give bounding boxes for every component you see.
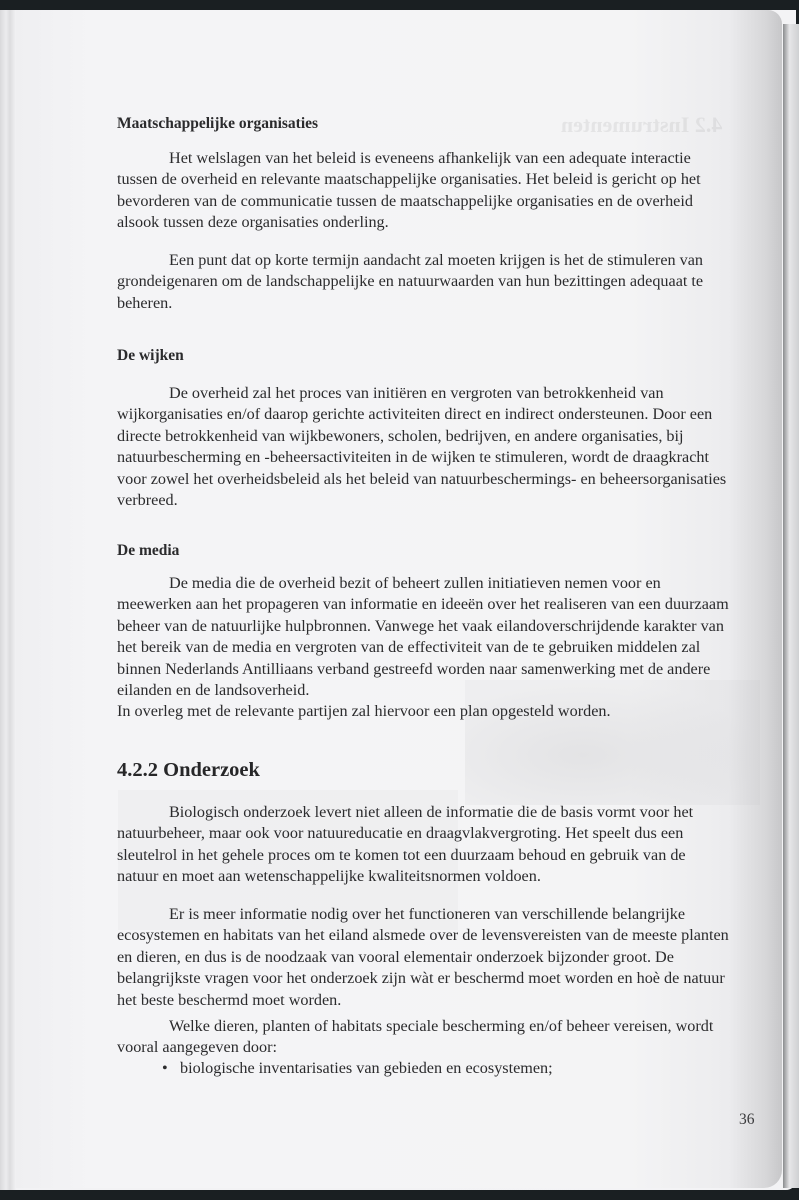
- bullet-list-item: •biologische inventarisaties van gebiede…: [162, 1058, 553, 1079]
- paragraph: Welke dieren, planten of habitats specia…: [117, 1016, 757, 1059]
- text-line: directe betrokkenheid van wijkbewoners, …: [117, 426, 757, 447]
- text-line: ecosystemen en habitats van het eiland a…: [117, 925, 757, 946]
- text-line: Het welslagen van het beleid is eveneens…: [117, 148, 757, 169]
- bullet-text: biologische inventarisaties van gebieden…: [180, 1059, 553, 1077]
- text-line: voor zowel het overheidsbeleid als het b…: [117, 469, 757, 490]
- text-line: Welke dieren, planten of habitats specia…: [117, 1016, 757, 1037]
- text-line: De media die de overheid bezit of beheer…: [117, 573, 757, 594]
- text-line: natuur en moet aan wetenschappelijke kwa…: [117, 866, 757, 887]
- paragraph: Biologisch onderzoek levert niet alleen …: [117, 802, 757, 888]
- heading-de-media: De media: [117, 540, 179, 561]
- text-line: sleutelrol in het gehele proces om te ko…: [117, 845, 757, 866]
- text-line: belangrijkste vragen voor het onderzoek …: [117, 968, 757, 989]
- paragraph: De media die de overheid bezit of beheer…: [117, 573, 757, 723]
- bullet-icon: •: [162, 1058, 180, 1079]
- text-line: bevorderen van de communicatie tussen de…: [117, 191, 757, 212]
- paragraph: Het welslagen van het beleid is eveneens…: [117, 148, 757, 234]
- paragraph: Er is meer informatie nodig over het fun…: [117, 904, 757, 1011]
- text-line: grondeigenaren om de landschappelijke en…: [117, 271, 757, 292]
- text-line: meewerken aan het propageren van informa…: [117, 594, 757, 615]
- text-line: eilanden en de landsoverheid.: [117, 680, 757, 701]
- text-line: het bereik van de media en vergroten van…: [117, 637, 757, 658]
- text-line: Biologisch onderzoek levert niet alleen …: [117, 802, 757, 823]
- text-line: wijkorganisaties en/of daarop gerichte a…: [117, 404, 757, 425]
- text-line: natuurbescherming en -beheersactiviteite…: [117, 447, 757, 468]
- paragraph: De overheid zal het proces van initiëren…: [117, 383, 757, 511]
- bleed-through-heading: 4.2 Instrumenten: [561, 112, 722, 138]
- text-line: en dieren, en dus is de noodzaak van voo…: [117, 947, 757, 968]
- text-line: tussen de overheid en relevante maatscha…: [117, 169, 757, 190]
- text-line: het beste beschermd moet worden.: [117, 990, 757, 1011]
- text-line: natuurbeheer, maar ook voor natuureducat…: [117, 823, 757, 844]
- text-line: alsook tussen deze organisaties onderlin…: [117, 212, 757, 233]
- page-number: 36: [739, 1111, 755, 1129]
- text-line: binnen Nederlands Antilliaans verband ge…: [117, 659, 757, 680]
- paragraph: Een punt dat op korte termijn aandacht z…: [117, 250, 757, 314]
- text-line: Een punt dat op korte termijn aandacht z…: [117, 250, 757, 271]
- text-line: vooral aangegeven door:: [117, 1037, 757, 1058]
- section-heading-onderzoek: 4.2.2 Onderzoek: [117, 760, 260, 781]
- text-line: beheren.: [117, 293, 757, 314]
- text-line: beheer van de natuurlijke hulpbronnen. V…: [117, 616, 757, 637]
- text-line: Er is meer informatie nodig over het fun…: [117, 904, 757, 925]
- text-line: De overheid zal het proces van initiëren…: [117, 383, 757, 404]
- text-line: verbreed.: [117, 490, 757, 511]
- heading-de-wijken: De wijken: [117, 345, 184, 366]
- page-right-edge: [783, 24, 799, 1188]
- heading-maatschappelijke-organisaties: Maatschappelijke organisaties: [117, 113, 318, 134]
- text-line: In overleg met de relevante partijen zal…: [117, 701, 757, 722]
